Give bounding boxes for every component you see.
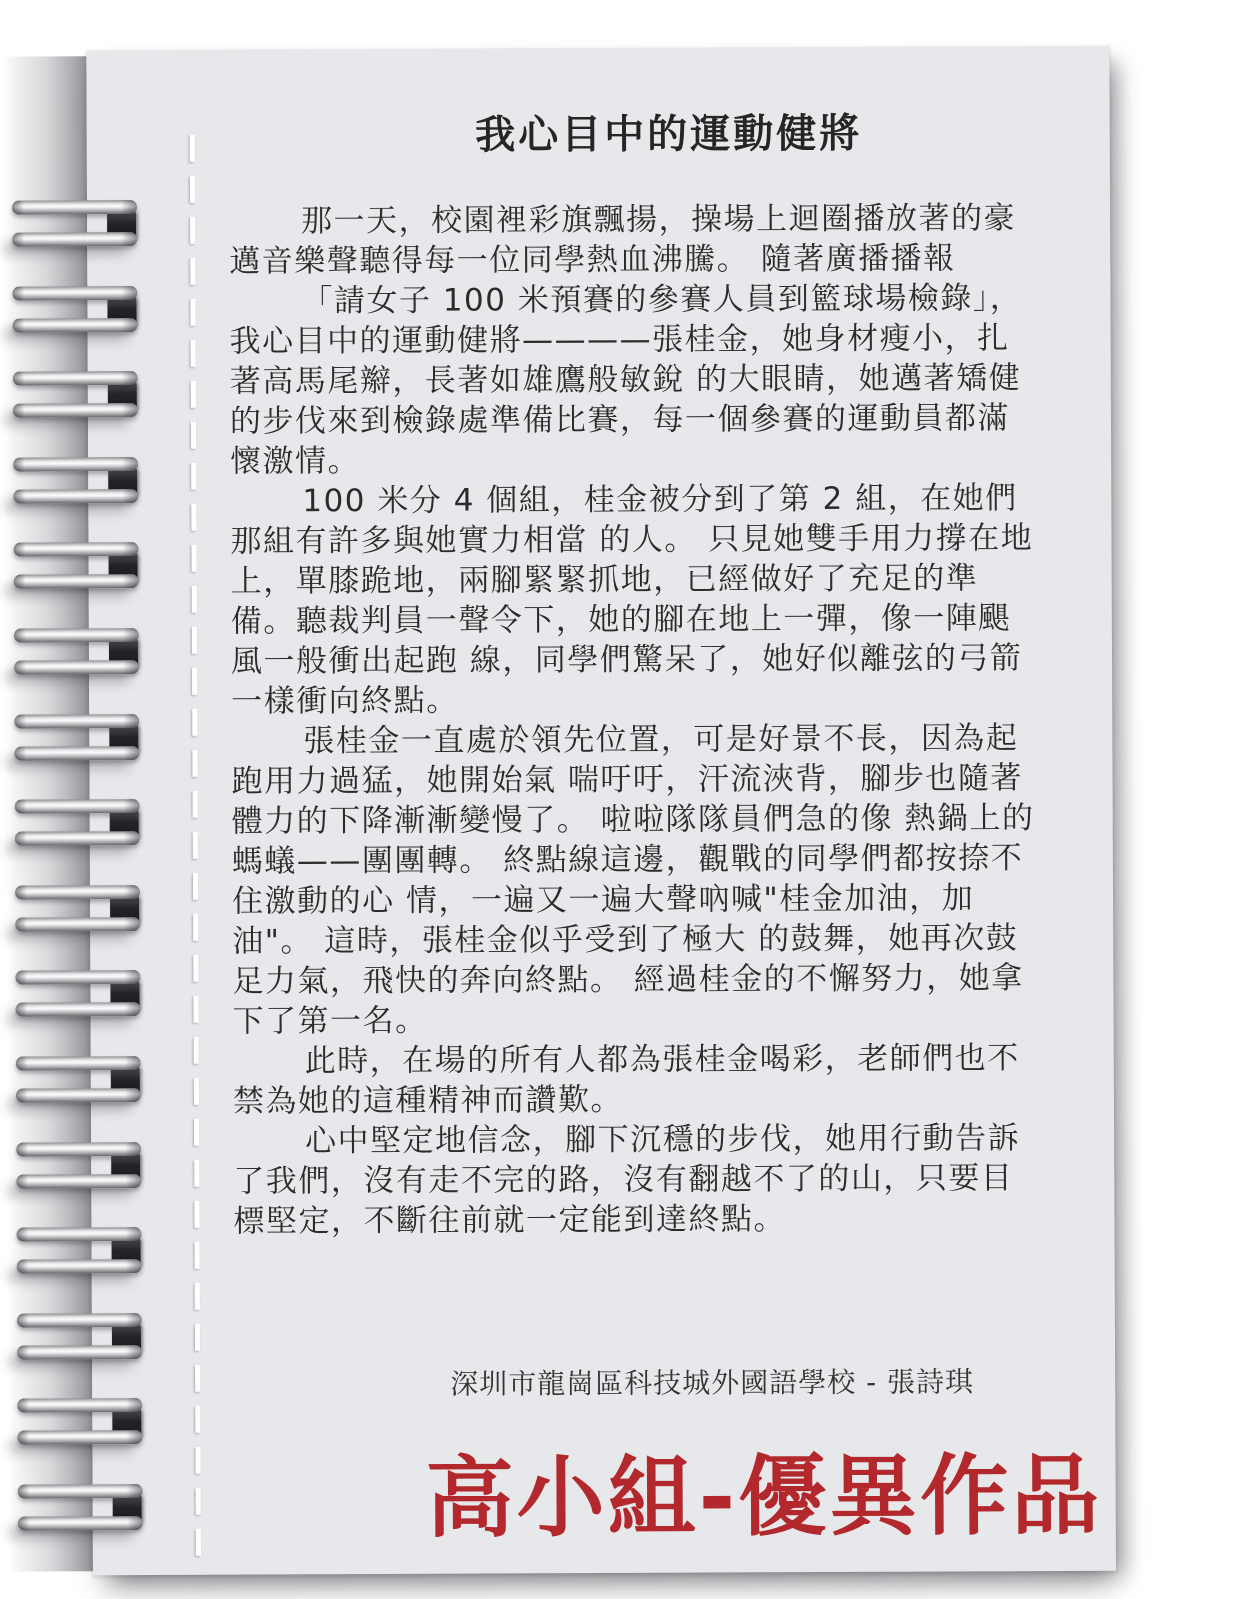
award-stamp: 高小組-優異作品 <box>425 1444 1085 1551</box>
binding-ring <box>17 1398 142 1445</box>
binding-wire-icon <box>16 1174 141 1189</box>
binding-wire-icon <box>13 318 138 333</box>
essay-paragraph: 此時，在場的所有人都為張桂金喝彩，老師們也不禁為她的這種精神而讚歎。 <box>233 1038 1043 1122</box>
binding-ring <box>15 885 140 932</box>
binding-wire-icon <box>17 1398 142 1413</box>
essay-paragraph: 100 米分 4 個組，桂金被分到了第 2 組，在她們那組有許多與她實力相當 的… <box>230 478 1041 722</box>
essay-body: 那一天，校園裡彩旗飄揚，操場上迴圈播放著的豪邁音樂聲聽得每一位同學熱血沸騰。 隨… <box>229 198 1044 1242</box>
binding-wire-icon <box>15 799 140 814</box>
essay-paragraph: 心中堅定地信念，腳下沉穩的步伐，她用行動告訴了我們，沒有走不完的路，沒有翻越不了… <box>233 1118 1044 1242</box>
binding-wire-icon <box>16 1227 141 1242</box>
binding-wire-icon <box>16 1142 141 1157</box>
binding-ring <box>16 1142 141 1189</box>
binding-wire-icon <box>12 232 137 247</box>
binding-wire-icon <box>17 1430 142 1445</box>
binding-wire-icon <box>13 457 138 472</box>
perforation-line <box>190 135 201 1567</box>
essay-paragraph: 「請女子 100 米預賽的參賽人員到籃球場檢錄」，我心目中的運動健將————張桂… <box>229 278 1040 482</box>
binding-wire-icon <box>16 1056 141 1071</box>
notebook-page: 我心目中的運動健將 那一天，校園裡彩旗飄揚，操場上迴圈播放著的豪邁音樂聲聽得每一… <box>86 46 1116 1575</box>
binding-ring <box>12 286 137 333</box>
photo-background: 我心目中的運動健將 那一天，校園裡彩旗飄揚，操場上迴圈播放著的豪邁音樂聲聽得每一… <box>0 0 1244 1599</box>
binding-wire-icon <box>13 403 138 418</box>
binding-ring <box>12 200 137 247</box>
paper-sheet: 我心目中的運動健將 那一天，校園裡彩旗飄揚，操場上迴圈播放著的豪邁音樂聲聽得每一… <box>86 46 1116 1575</box>
essay-title: 我心目中的運動健將 <box>299 108 1039 161</box>
binding-wire-icon <box>14 660 139 675</box>
essay: 我心目中的運動健將 那一天，校園裡彩旗飄揚，操場上迴圈播放著的豪邁音樂聲聽得每一… <box>229 108 1044 1242</box>
binding-ring <box>16 1227 141 1274</box>
binding-wire-icon <box>16 1088 141 1103</box>
binding-wire-icon <box>13 542 138 557</box>
binding-wire-icon <box>14 714 139 729</box>
binding-ring <box>17 1313 142 1360</box>
essay-paragraph: 那一天，校園裡彩旗飄揚，操場上迴圈播放著的豪邁音樂聲聽得每一位同學熱血沸騰。 隨… <box>229 198 1039 282</box>
binding-ring <box>15 799 140 846</box>
binding-wire-icon <box>14 746 139 761</box>
binding-ring <box>13 542 138 589</box>
binding-wire-icon <box>15 917 140 932</box>
binding-wire-icon <box>18 1516 143 1531</box>
binding-wire-icon <box>15 970 140 985</box>
binding-wire-icon <box>14 574 139 589</box>
binding-wire-icon <box>13 489 138 504</box>
binding-wire-icon <box>12 286 137 301</box>
binding-wire-icon <box>17 1313 142 1328</box>
binding-wire-icon <box>17 1259 142 1274</box>
binding-ring <box>16 1056 141 1103</box>
binding-ring <box>13 371 138 418</box>
binding-ring <box>14 714 139 761</box>
binding-ring <box>18 1484 143 1531</box>
essay-paragraph: 張桂金一直處於領先位置，可是好景不長，因為起跑用力過猛，她開始氣 喘吁吁，汗流浹… <box>231 718 1042 1042</box>
binding-wire-icon <box>15 831 140 846</box>
binding-ring <box>14 628 139 675</box>
binding-wire-icon <box>18 1484 143 1499</box>
binding-wire-icon <box>16 1002 141 1017</box>
binding-ring <box>13 457 138 504</box>
binding-ring <box>15 970 140 1017</box>
binding-wire-icon <box>17 1345 142 1360</box>
byline: 深圳市龍崗區科技城外國語學校 - 張詩琪 <box>450 1364 1050 1403</box>
binding-wire-icon <box>15 885 140 900</box>
binding-wire-icon <box>14 628 139 643</box>
binding-wire-icon <box>12 200 137 215</box>
binding-wire-icon <box>13 371 138 386</box>
